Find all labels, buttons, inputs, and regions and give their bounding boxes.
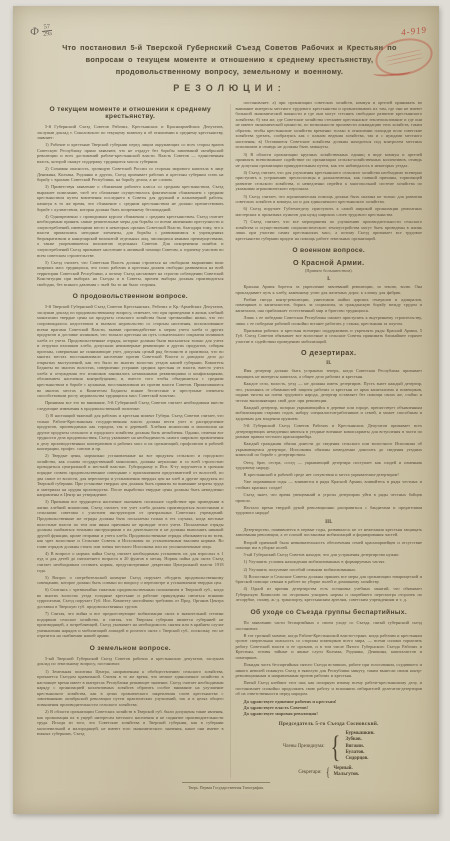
- paragraph: 2) Сознавая опасность, грозящую Советско…: [37, 166, 224, 183]
- document-body: Что постановил 5-й Тверской Губернский С…: [37, 42, 422, 782]
- paragraph: Каждый дезертир, позорно укрывающийся в …: [236, 405, 423, 422]
- section-heading: О продовольственном вопросе.: [37, 293, 224, 300]
- left-column: О текущем моменте и отношении к среднему…: [37, 100, 224, 781]
- paragraph: 1) Улучшить условия нахождения мобилизов…: [236, 559, 423, 565]
- signatory-name: Сидорцов.: [345, 756, 374, 762]
- paragraph: Пятый Съезд клеймит этот шаг, как позорн…: [236, 680, 423, 697]
- paragraph: Призывая рабочих и крестьян всемерно под…: [236, 328, 423, 345]
- signature-group: Члены Президиума:{Бурмышкин.Зубков.Вягжи…: [236, 731, 423, 763]
- section-heading: Об уходе со Съезда группы беспартийных.: [236, 609, 423, 616]
- paragraph: По заявлению части беспартийных о своем …: [236, 620, 423, 631]
- paragraph: 4) Одновременно с проводимым курсом сбли…: [37, 214, 224, 258]
- signatory-names: Бурмышкин.Зубков.Вягжин.Булатов.Сидорцов…: [345, 731, 374, 763]
- part-numeral: I.: [236, 276, 423, 282]
- paragraph: 5-й Губернский Съезд Советов Рабочих, Кр…: [37, 124, 224, 141]
- slogan-line: Да здравствует мировая революция!: [236, 711, 423, 716]
- slogan-line: Да здравствует единение рабочих и кресть…: [236, 699, 423, 704]
- signature-role-label: Члены Президиума:: [283, 744, 325, 749]
- paragraph: 4) Съезд считает, что для улучшения крес…: [236, 170, 423, 192]
- item-number: 29а: [41, 31, 54, 38]
- paragraph: В тот грозный момент, когда Рабоче-Крест…: [236, 633, 423, 661]
- resolutions-heading: РЕЗОЛЮЦИИ:: [37, 83, 422, 93]
- paragraph: Отец, брат, сестра, сосед — укрывающий д…: [236, 460, 423, 471]
- paragraph: Имя дезертир должно быть устранено тепер…: [236, 368, 423, 379]
- subsection-heading: О Красной Армии.: [236, 258, 423, 267]
- fond-letter: Ф: [29, 25, 39, 38]
- red-inventory-number: 4-919: [400, 24, 427, 37]
- paragraph: 5-ый Тверской Губернский Съезд Советов р…: [37, 656, 224, 667]
- section-heading: О военном вопросе.: [236, 247, 423, 254]
- adoption-note: (Принято большинством).: [236, 268, 423, 273]
- paragraph: 5-й Тверской Губернский Съезд Советов Кр…: [37, 304, 224, 398]
- paragraph: 3) В области организации крупных хозяйст…: [236, 152, 423, 169]
- document-title: Что постановил 5-й Тверской Губернский С…: [44, 42, 416, 78]
- paragraph: Второй причиной была невнимательность об…: [236, 540, 423, 551]
- paragraph: 3) Приветствуя заявление о сближении раб…: [37, 184, 224, 212]
- paragraph: 2) Твердые цены, нормально установленные…: [37, 453, 224, 497]
- section-heading: О земельном вопросе.: [37, 645, 224, 652]
- paragraph: 1) Земельная политика Центра, направленн…: [37, 669, 224, 708]
- paragraph: Съезд знает, что время увещеваний и угро…: [236, 492, 423, 503]
- part-numeral: III.: [236, 519, 423, 525]
- paragraph: 1) Рабочие и крестьяне Тверской губернии…: [37, 142, 224, 164]
- paragraph: 1) В настоящий тяжелый для рабочих и кре…: [37, 413, 224, 452]
- subsection-heading: О дезертирах.: [236, 348, 423, 357]
- paragraph: 2) Улучшить получение пособий семьями мо…: [236, 567, 423, 573]
- slogan-line: Да здравствует власть Советов!: [236, 705, 423, 710]
- paragraph: Дезертирство, появившееся в первые годы,…: [236, 527, 423, 538]
- paragraph: Красная Армия борется за укрепление заво…: [236, 284, 423, 295]
- paragraph: 5) Съезд считает, что агрономическая пом…: [236, 194, 423, 205]
- signature-role-label: Секретари:: [298, 770, 321, 775]
- paragraph: постановляет: а) при организации советск…: [236, 100, 423, 150]
- paragraph: 5-й Губернский Съезд Советов Рабочих и К…: [236, 423, 423, 440]
- paragraph: 5) Вопрос о потребительской коммуне Съез…: [37, 575, 224, 586]
- paragraph: Принимая все это во внимание, 5-й Губерн…: [37, 400, 224, 411]
- paragraph: 4) В вопросе о нормах пайка Съезд считае…: [37, 551, 224, 573]
- paragraph: Каждый гражданин обязан донести до сведе…: [236, 441, 423, 458]
- paragraph: 5-ый Губернский Съезд Советов находит, ч…: [236, 552, 423, 558]
- text-columns: О текущем моменте и отношении к среднему…: [37, 100, 422, 781]
- fond-fraction: 57 29а: [40, 23, 54, 38]
- brace-glyph: {: [330, 734, 340, 760]
- paragraph: Лишь с ее победами Советская Республика …: [236, 315, 423, 326]
- signatory-name: Мальгутов.: [334, 772, 360, 778]
- paragraph: 2) В области организации Советских хозяй…: [37, 709, 224, 737]
- paragraph: В крестьянской и рабочей среде нет сочув…: [236, 472, 423, 478]
- section-heading: О текущем моменте и отношении к среднему…: [37, 106, 224, 120]
- paragraph: 7) Съезд считает, что все мероприятия по…: [236, 219, 423, 241]
- signature-group: Секретари:{Черный.Мальгутов.: [236, 766, 423, 779]
- paragraph: 6) Съезд поручает Губземотделу приступит…: [236, 206, 423, 217]
- paragraph: Покидая часть беспартийных пятого Съезда…: [236, 662, 423, 679]
- paragraph: Каждое село, волость, уезд — не должны и…: [236, 381, 423, 403]
- chairman-signature: Председатель 5-го Съезда Сосновский.: [236, 721, 423, 727]
- paragraph: 4) Одной из причин дезертирства есть ост…: [236, 586, 423, 603]
- paragraph: Уже оправившие годы — вливаются в ряды К…: [236, 479, 423, 490]
- paper-sheet: Ф 57 29а 4-919 Что постановил 5-й Тверск…: [13, 6, 439, 814]
- brace-glyph: {: [326, 767, 330, 778]
- paragraph: Разбив гнезда контр-революции, уничтожив…: [236, 297, 423, 314]
- paragraph: 3) Волостные и Сельские Советы должны пр…: [236, 574, 423, 585]
- part-numeral: II.: [236, 360, 423, 366]
- printer-imprint: Тверь. Первая Государственная Типография…: [182, 782, 270, 790]
- signatory-names: Черный.Мальгутов.: [334, 766, 360, 779]
- paragraph: 7) Считая, что война и все предшествующи…: [37, 611, 224, 639]
- paragraph: 5) Съезд считает, что Советская Власть д…: [37, 260, 224, 288]
- paragraph: 3) Призывая все трудящееся население ока…: [37, 499, 224, 549]
- paragraph: Настало время твердой рукой революционно…: [236, 505, 423, 516]
- right-column: постановляет: а) при организации советск…: [236, 100, 423, 781]
- archival-pencil-mark: Ф 57 29а: [29, 23, 54, 39]
- paragraph: 6) Считаясь с чрезвычайно тяжелым продов…: [37, 587, 224, 609]
